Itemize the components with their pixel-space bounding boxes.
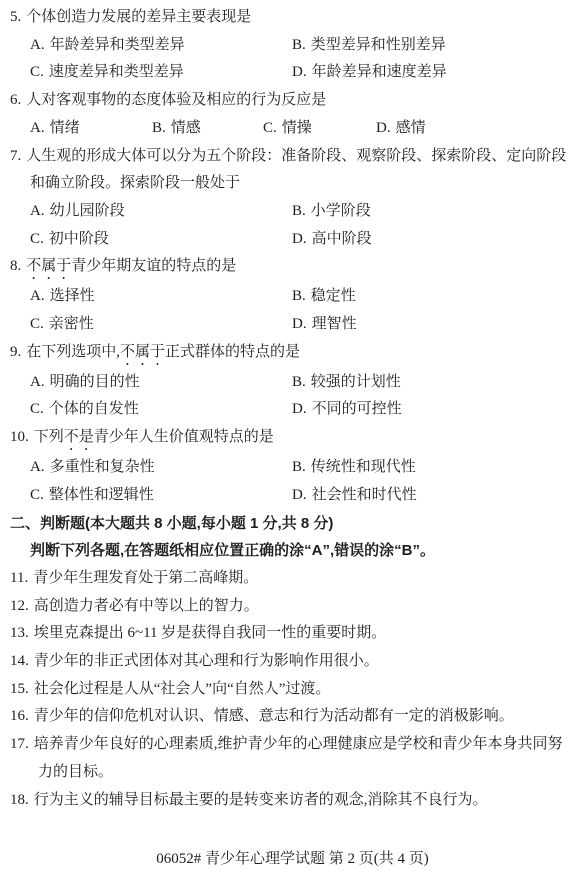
option-label: A. — [30, 374, 45, 390]
option-9-a: A.明确的目的性 — [30, 369, 292, 397]
judgment-item-16: 16.青少年的信仰危机对认识、情感、意志和行为活动都有一定的消极影响。 — [10, 703, 577, 731]
option-label: D. — [292, 64, 307, 80]
option-label: A. — [30, 288, 45, 304]
option-5-a: A.年龄差异和类型差异 — [30, 32, 292, 60]
option-8-a: A.选择性 — [30, 283, 292, 311]
option-5-d: D.年龄差异和速度差异 — [292, 59, 447, 87]
option-text: 传统性和现代性 — [311, 459, 416, 475]
option-text: 情绪 — [50, 120, 80, 136]
item-number: 12. — [10, 598, 29, 614]
option-label: B. — [152, 120, 166, 136]
option-8-c: C.亲密性 — [30, 311, 292, 339]
stem-text-post: 正式群体的特点的是 — [165, 344, 300, 360]
judgment-section: 二、判断题(本大题共 8 小题,每小题 1 分,共 8 分) 判断下列各题,在答… — [10, 510, 577, 815]
item-number: 17. — [10, 736, 29, 752]
question-10-options-row-1: A.多重性和复杂性 B.传统性和现代性 — [10, 454, 577, 482]
judgment-item-18: 18.行为主义的辅导目标最主要的是转变来访者的观念,消除其不良行为。 — [10, 787, 577, 815]
judgment-item-13: 13.埃里克森提出 6~11 岁是获得自我同一性的重要时期。 — [10, 620, 577, 648]
question-number: 8. — [10, 258, 21, 274]
question-number: 6. — [10, 92, 21, 108]
option-label: D. — [292, 487, 307, 503]
option-10-a: A.多重性和复杂性 — [30, 454, 292, 482]
option-text: 个体的自发性 — [49, 401, 139, 417]
option-label: A. — [30, 120, 45, 136]
question-7-options-row-1: A.幼儿园阶段 B.小学阶段 — [10, 198, 577, 226]
stem-emphasized-text: 不属于 — [120, 344, 165, 360]
stem-text: 人生观的形成大体可以分为五个阶段：准备阶段、观察阶段、探索阶段、定向阶段和确立阶… — [26, 148, 566, 192]
judgment-section-header: 二、判断题(本大题共 8 小题,每小题 1 分,共 8 分) — [10, 510, 577, 538]
item-text: 行为主义的辅导目标最主要的是转变来访者的观念,消除其不良行为。 — [34, 792, 488, 808]
option-label: A. — [30, 203, 45, 219]
question-5-options-row-2: C.速度差异和类型差异 D.年龄差异和速度差异 — [10, 59, 577, 87]
question-10: 10.下列不是青少年人生价值观特点的是 A.多重性和复杂性 B.传统性和现代性 … — [10, 424, 577, 509]
question-number: 9. — [10, 344, 21, 360]
stem-emphasized-text: 不是 — [64, 429, 94, 445]
question-8-stem: 8.不属于青少年期友谊的特点的是 — [10, 253, 577, 283]
option-5-b: B.类型差异和性别差异 — [292, 32, 446, 60]
option-text: 较强的计划性 — [311, 374, 401, 390]
option-6-b: B.情感 — [152, 115, 263, 143]
stem-text: 人对客观事物的态度体验及相应的行为反应是 — [26, 92, 326, 108]
item-number: 18. — [10, 792, 29, 808]
option-text: 年龄差异和速度差异 — [312, 64, 447, 80]
exam-page: 5.个体创造力发展的差异主要表现是 A.年龄差异和类型差异 B.类型差异和性别差… — [0, 0, 585, 885]
option-text: 亲密性 — [49, 316, 94, 332]
item-number: 13. — [10, 625, 29, 641]
item-number: 16. — [10, 708, 29, 724]
option-7-b: B.小学阶段 — [292, 198, 371, 226]
item-number: 15. — [10, 681, 29, 697]
question-6-stem: 6.人对客观事物的态度体验及相应的行为反应是 — [10, 87, 577, 115]
question-10-options-row-2: C.整体性和逻辑性 D.社会性和时代性 — [10, 482, 577, 510]
option-label: D. — [292, 231, 307, 247]
option-label: D. — [292, 401, 307, 417]
option-8-b: B.稳定性 — [292, 283, 356, 311]
option-text: 情操 — [282, 120, 312, 136]
question-number: 5. — [10, 9, 21, 25]
option-label: B. — [292, 459, 306, 475]
option-text: 多重性和复杂性 — [50, 459, 155, 475]
question-9-stem: 9.在下列选项中,不属于正式群体的特点的是 — [10, 339, 577, 369]
stem-text: 个体创造力发展的差异主要表现是 — [26, 9, 251, 25]
judgment-item-12: 12.高创造力者必有中等以上的智力。 — [10, 593, 577, 621]
option-text: 感情 — [396, 120, 426, 136]
judgment-item-17: 17.培养青少年良好的心理素质,维护青少年的心理健康应是学校和青少年本身共同努力… — [10, 731, 577, 786]
multiple-choice-section: 5.个体创造力发展的差异主要表现是 A.年龄差异和类型差异 B.类型差异和性别差… — [10, 4, 577, 510]
option-text: 小学阶段 — [311, 203, 371, 219]
option-label: D. — [292, 316, 307, 332]
item-text: 高创造力者必有中等以上的智力。 — [34, 598, 259, 614]
option-text: 理智性 — [312, 316, 357, 332]
question-9: 9.在下列选项中,不属于正式群体的特点的是 A.明确的目的性 B.较强的计划性 … — [10, 339, 577, 424]
item-text: 培养青少年良好的心理素质,维护青少年的心理健康应是学校和青少年本身共同努力的目标… — [34, 736, 563, 780]
option-9-d: D.不同的可控性 — [292, 396, 402, 424]
option-text: 稳定性 — [311, 288, 356, 304]
option-8-d: D.理智性 — [292, 311, 357, 339]
option-6-a: A.情绪 — [30, 115, 152, 143]
option-text: 情感 — [171, 120, 201, 136]
judgment-item-15: 15.社会化过程是人从“社会人”向“自然人”过渡。 — [10, 676, 577, 704]
option-10-c: C.整体性和逻辑性 — [30, 482, 292, 510]
option-10-b: B.传统性和现代性 — [292, 454, 416, 482]
question-9-options-row-1: A.明确的目的性 B.较强的计划性 — [10, 369, 577, 397]
option-label: A. — [30, 459, 45, 475]
option-text: 不同的可控性 — [312, 401, 402, 417]
stem-text-post: 青少年人生价值观特点的是 — [94, 429, 274, 445]
question-number: 10. — [10, 429, 29, 445]
stem-text-pre: 下列 — [34, 429, 64, 445]
question-6-options-row: A.情绪 B.情感 C.情操 D.感情 — [10, 115, 577, 143]
option-label: C. — [30, 316, 44, 332]
stem-text-post: 青少年期友谊的特点的是 — [71, 258, 236, 274]
option-text: 初中阶段 — [49, 231, 109, 247]
question-7: 7.人生观的形成大体可以分为五个阶段：准备阶段、观察阶段、探索阶段、定向阶段和确… — [10, 143, 577, 254]
option-label: C. — [30, 487, 44, 503]
option-6-c: C.情操 — [263, 115, 376, 143]
option-label: D. — [376, 120, 391, 136]
option-10-d: D.社会性和时代性 — [292, 482, 417, 510]
item-text: 埃里克森提出 6~11 岁是获得自我同一性的重要时期。 — [34, 625, 387, 641]
option-label: C. — [30, 64, 44, 80]
option-label: B. — [292, 288, 306, 304]
option-text: 速度差异和类型差异 — [49, 64, 184, 80]
option-label: B. — [292, 203, 306, 219]
question-5: 5.个体创造力发展的差异主要表现是 A.年龄差异和类型差异 B.类型差异和性别差… — [10, 4, 577, 87]
page-footer: 06052# 青少年心理学试题 第 2 页(共 4 页) — [0, 849, 585, 869]
item-number: 11. — [10, 570, 28, 586]
option-label: C. — [30, 231, 44, 247]
option-5-c: C.速度差异和类型差异 — [30, 59, 292, 87]
option-label: A. — [30, 37, 45, 53]
item-text: 社会化过程是人从“社会人”向“自然人”过渡。 — [34, 681, 331, 697]
option-7-d: D.高中阶段 — [292, 226, 372, 254]
question-7-options-row-2: C.初中阶段 D.高中阶段 — [10, 226, 577, 254]
item-text: 青少年生理发育处于第二高峰期。 — [33, 570, 258, 586]
option-text: 高中阶段 — [312, 231, 372, 247]
question-number: 7. — [10, 148, 21, 164]
question-5-stem: 5.个体创造力发展的差异主要表现是 — [10, 4, 577, 32]
option-7-c: C.初中阶段 — [30, 226, 292, 254]
judgment-item-14: 14.青少年的非正式团体对其心理和行为影响作用很小。 — [10, 648, 577, 676]
option-label: B. — [292, 374, 306, 390]
question-7-stem: 7.人生观的形成大体可以分为五个阶段：准备阶段、观察阶段、探索阶段、定向阶段和确… — [10, 143, 577, 198]
question-8: 8.不属于青少年期友谊的特点的是 A.选择性 B.稳定性 C.亲密性 D.理智性 — [10, 253, 577, 338]
option-text: 选择性 — [50, 288, 95, 304]
option-text: 社会性和时代性 — [312, 487, 417, 503]
stem-emphasized-text: 不属于 — [26, 258, 71, 274]
option-9-c: C.个体的自发性 — [30, 396, 292, 424]
question-5-options-row-1: A.年龄差异和类型差异 B.类型差异和性别差异 — [10, 32, 577, 60]
option-text: 明确的目的性 — [50, 374, 140, 390]
option-6-d: D.感情 — [376, 115, 426, 143]
option-label: C. — [263, 120, 277, 136]
stem-text-pre: 在下列选项中, — [26, 344, 120, 360]
option-text: 类型差异和性别差异 — [311, 37, 446, 53]
option-text: 幼儿园阶段 — [50, 203, 125, 219]
question-6: 6.人对客观事物的态度体验及相应的行为反应是 A.情绪 B.情感 C.情操 D.… — [10, 87, 577, 142]
option-9-b: B.较强的计划性 — [292, 369, 401, 397]
option-label: B. — [292, 37, 306, 53]
item-text: 青少年的非正式团体对其心理和行为影响作用很小。 — [34, 653, 379, 669]
judgment-section-instruction: 判断下列各题,在答题纸相应位置正确的涂“A”,错误的涂“B”。 — [10, 537, 577, 565]
question-8-options-row-2: C.亲密性 D.理智性 — [10, 311, 577, 339]
question-8-options-row-1: A.选择性 B.稳定性 — [10, 283, 577, 311]
judgment-item-11: 11.青少年生理发育处于第二高峰期。 — [10, 565, 577, 593]
option-text: 整体性和逻辑性 — [49, 487, 154, 503]
option-label: C. — [30, 401, 44, 417]
option-text: 年龄差异和类型差异 — [50, 37, 185, 53]
option-7-a: A.幼儿园阶段 — [30, 198, 292, 226]
question-10-stem: 10.下列不是青少年人生价值观特点的是 — [10, 424, 577, 454]
item-text: 青少年的信仰危机对认识、情感、意志和行为活动都有一定的消极影响。 — [34, 708, 514, 724]
item-number: 14. — [10, 653, 29, 669]
question-9-options-row-2: C.个体的自发性 D.不同的可控性 — [10, 396, 577, 424]
